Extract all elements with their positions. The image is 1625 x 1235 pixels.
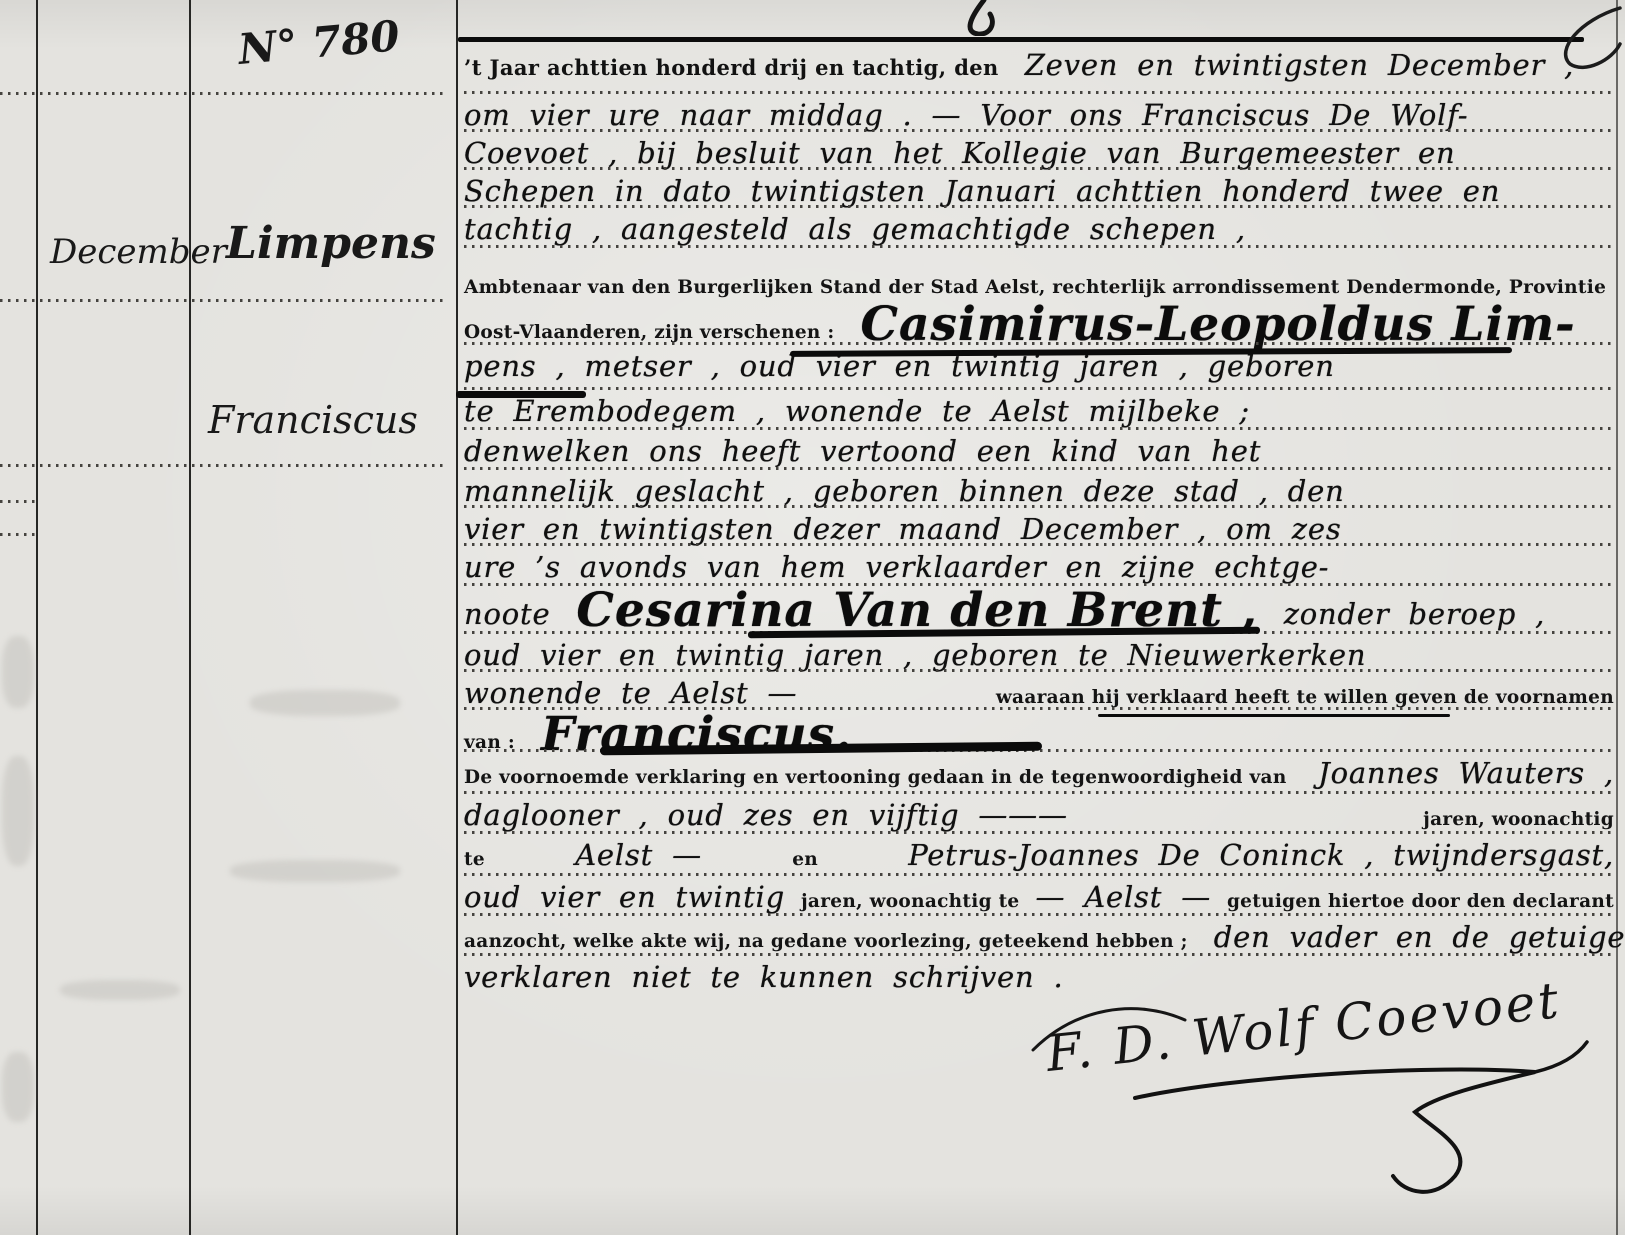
dotted-rule — [0, 299, 443, 302]
previous-record-pen-remnant — [920, 0, 1040, 36]
printed-form-text: te — [464, 849, 485, 870]
bleedthrough-smudge — [2, 1052, 34, 1122]
act-line: oud vier en twintigjaren, woonachtig te—… — [464, 880, 1614, 920]
margin-given-name: Franciscus — [208, 398, 418, 442]
act-line: denwelken ons heeft vertoond een kind va… — [464, 434, 1614, 474]
margin-rule-middle — [189, 0, 191, 1235]
dotted-rule — [0, 500, 36, 503]
handwritten-text: oud vier en twintig — [464, 880, 785, 914]
handwritten-text: Petrus-Joannes De Coninck , twijndersgas… — [908, 838, 1614, 872]
printed-form-text: Ambtenaar van den Burgerlijken Stand der… — [464, 277, 1606, 298]
registrar-signature: F. D. Wolf Coevoet — [1015, 980, 1595, 1210]
signature-flourish — [1015, 980, 1595, 1210]
handwritten-text: denwelken ons heeft vertoond een kind va… — [464, 434, 1261, 468]
handwritten-text: noote — [464, 597, 550, 631]
act-line: pens , metser , oud vier en twintig jare… — [464, 349, 1614, 394]
dotted-rule — [0, 533, 36, 536]
act-line: daglooner , oud zes en vijftig ———jaren,… — [464, 798, 1614, 838]
act-line: teAelst —enPetrus-Joannes De Coninck , t… — [464, 838, 1614, 880]
birth-record-page: N° 780 December Limpens Franciscus ’t Ja… — [0, 0, 1625, 1235]
printed-form-text: ’t Jaar achttien honderd drij en tachtig… — [464, 55, 999, 80]
bleedthrough-smudge — [230, 860, 400, 882]
printed-form-text: waaraan hij verklaard heeft te willen ge… — [996, 687, 1614, 708]
printed-form-text: jaren, woonachtig te — [801, 891, 1020, 912]
printed-form-text: getuigen hiertoe door den declarant — [1227, 891, 1614, 912]
handwritten-text: Joannes Wauters , — [1318, 756, 1614, 790]
act-line: aanzocht, welke akte wij, na gedane voor… — [464, 920, 1614, 960]
printed-form-text: De voornoemde verklaring en vertooning g… — [464, 767, 1287, 788]
handwritten-text: tachtig , aangesteld als gemachtigde sch… — [464, 212, 1246, 246]
act-line: om vier ure naar middag . — Voor ons Fra… — [464, 98, 1614, 136]
ink-underline-pens — [456, 391, 586, 398]
handwritten-text: Schepen in dato twintigsten Januari acht… — [464, 174, 1500, 208]
dotted-rule — [0, 464, 443, 467]
handwritten-text: vier en twintigsten dezer maand December… — [464, 512, 1342, 546]
previous-record-pen-remnant — [1500, 0, 1625, 110]
printed-form-text: aanzocht, welke akte wij, na gedane voor… — [464, 931, 1188, 952]
record-number: N° 780 — [236, 11, 401, 74]
bleedthrough-smudge — [2, 756, 34, 866]
handwritten-text: mannelijk geslacht , geboren binnen deze… — [464, 474, 1345, 508]
body-divider-rule — [456, 0, 458, 1235]
handwritten-text: ure ’s avonds van hem verklaarder en zij… — [464, 550, 1329, 584]
bleedthrough-smudge — [250, 690, 400, 716]
act-line: te Erembodegem , wonende te Aelst mijlbe… — [464, 394, 1614, 434]
handwritten-text: Aelst — — [575, 838, 702, 872]
bleedthrough-smudge — [60, 980, 180, 1000]
handwritten-text: wonende te Aelst — — [464, 676, 797, 710]
margin-month: December — [50, 232, 227, 272]
margin-rule-left — [36, 0, 38, 1235]
act-line: ’t Jaar achttien honderd drij en tachtig… — [464, 48, 1614, 98]
dotted-rule — [0, 92, 443, 95]
act-line: De voornoemde verklaring en vertooning g… — [464, 756, 1614, 798]
printed-form-text: Oost-Vlaanderen, zijn verschenen : — [464, 322, 835, 343]
act-body: ’t Jaar achttien honderd drij en tachtig… — [464, 48, 1614, 1000]
handwritten-text: verklaren niet te kunnen schrijven . — [464, 960, 1064, 994]
handwritten-text: zonder beroep , — [1284, 597, 1545, 631]
handwritten-text: om vier ure naar middag . — Voor ons Fra… — [464, 98, 1468, 132]
act-line: oud vier en twintig jaren , geboren te N… — [464, 638, 1614, 676]
act-line: Coevoet , bij besluit van het Kollegie v… — [464, 136, 1614, 174]
handwritten-text: Coevoet , bij besluit van het Kollegie v… — [464, 136, 1455, 170]
handwritten-text: den vader en de getuigen — [1214, 920, 1625, 954]
act-line: tachtig , aangesteld als gemachtigde sch… — [464, 212, 1614, 252]
handwritten-text: Casimirus-Leopoldus Lim- — [861, 306, 1576, 344]
act-line: mannelijk geslacht , geboren binnen deze… — [464, 474, 1614, 512]
handwritten-text: Cesarina Van den Brent , — [576, 592, 1257, 630]
ink-rule-after-child-name — [1098, 714, 1450, 717]
handwritten-text: oud vier en twintig jaren , geboren te N… — [464, 638, 1366, 672]
handwritten-text: — Aelst — — [1035, 880, 1211, 914]
act-line: Oost-Vlaanderen, zijn verschenen :Casimi… — [464, 304, 1614, 349]
printed-form-text: van : — [464, 732, 515, 753]
printed-form-text: jaren, woonachtig — [1423, 809, 1614, 830]
handwritten-text: daglooner , oud zes en vijftig ——— — [464, 798, 1068, 832]
bleedthrough-smudge — [2, 636, 34, 708]
act-line: Schepen in dato twintigsten Januari acht… — [464, 174, 1614, 212]
handwritten-text: te Erembodegem , wonende te Aelst mijlbe… — [464, 394, 1250, 428]
printed-form-text: en — [792, 849, 818, 870]
handwritten-text: Zeven en twintigsten December , — [1025, 48, 1574, 82]
page-edge-rule — [1616, 0, 1618, 1235]
record-top-rule — [458, 37, 1584, 42]
act-line: vier en twintigsten dezer maand December… — [464, 512, 1614, 550]
margin-surname: Limpens — [226, 218, 436, 269]
